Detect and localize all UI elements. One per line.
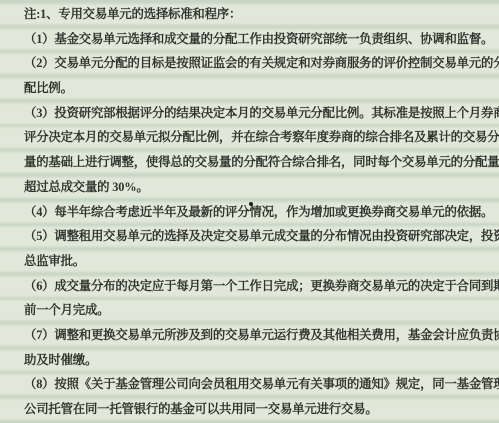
- text-line: 助及时催缴。: [0, 348, 499, 373]
- document-page: 注:1、专用交易单元的选择标准和程序： （1）基金交易单元选择和成交量的分配工作…: [0, 0, 499, 423]
- text-line: （6）成交量分布的决定应于每月第一个工作日完成；更换券商交易单元的决定于合同到期: [0, 274, 499, 299]
- text-line: （5）调整租用交易单元的选择及决定交易单元成交量的分布情况由投资研究部决定，投资: [0, 224, 499, 249]
- note-title-line: 注:1、专用交易单元的选择标准和程序：: [0, 2, 499, 27]
- text-line: （8）按照《关于基金管理公司向会员租用交易单元有关事项的通知》规定，同一基金管理: [0, 372, 499, 397]
- text-line: 评分决定本月的交易单元拟分配比例，并在综合考察年度券商的综合排名及累计的交易分配: [0, 125, 499, 150]
- text-line: 超过总成交量的 30%。: [0, 175, 499, 200]
- text-line: （2）交易单元分配的目标是按照证监会的有关规定和对券商服务的评价控制交易单元的分: [0, 51, 499, 76]
- text-line: 配比例。: [0, 76, 499, 101]
- text-line: 前一个月完成。: [0, 298, 499, 323]
- text-line: （7）调整和更换交易单元所涉及到的交易单元运行费及其他相关费用，基金会计应负责协: [0, 323, 499, 348]
- text-line: （1）基金交易单元选择和成交量的分配工作由投资研究部统一负责组织、协调和监督。: [0, 27, 499, 52]
- text-line: 公司托管在同一托管银行的基金可以共用同一交易单元进行交易。: [0, 397, 499, 422]
- scan-ink-speck: [249, 202, 253, 206]
- text-line: 量的基础上进行调整，使得总的交易量的分配符合综合排名，同时每个交易单元的分配量不: [0, 150, 499, 175]
- text-line: 总监审批。: [0, 249, 499, 274]
- text-line: （3）投资研究部根据评分的结果决定本月的交易单元分配比例。其标准是按照上个月券商: [0, 101, 499, 126]
